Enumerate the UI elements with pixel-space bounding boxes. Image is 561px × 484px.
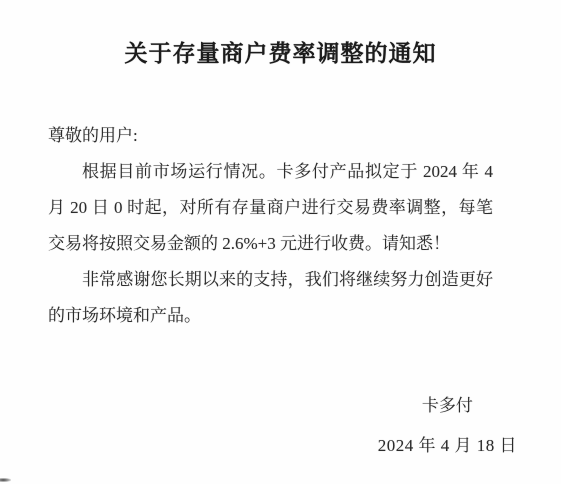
signature-block: 卡多付 2024 年 4 月 18 日 [378, 386, 517, 466]
salutation: 尊敬的用户: [48, 118, 493, 154]
notice-title: 关于存量商户费率调整的通知 [0, 0, 561, 70]
paragraph-fee-adjustment: 根据目前市场运行情况。卡多付产品拟定于 2024 年 4 月 20 日 0 时起… [48, 154, 493, 262]
notice-document-page: 关于存量商户费率调整的通知 尊敬的用户: 根据目前市场运行情况。卡多付产品拟定于… [0, 0, 561, 484]
paragraph-thanks: 非常感谢您长期以来的支持，我们将继续努力创造更好的市场环境和产品。 [48, 262, 493, 334]
signature-name: 卡多付 [378, 386, 517, 426]
signature-date: 2024 年 4 月 18 日 [378, 426, 517, 466]
scan-speck-artifact [0, 478, 11, 482]
notice-body: 尊敬的用户: 根据目前市场运行情况。卡多付产品拟定于 2024 年 4 月 20… [0, 70, 561, 334]
